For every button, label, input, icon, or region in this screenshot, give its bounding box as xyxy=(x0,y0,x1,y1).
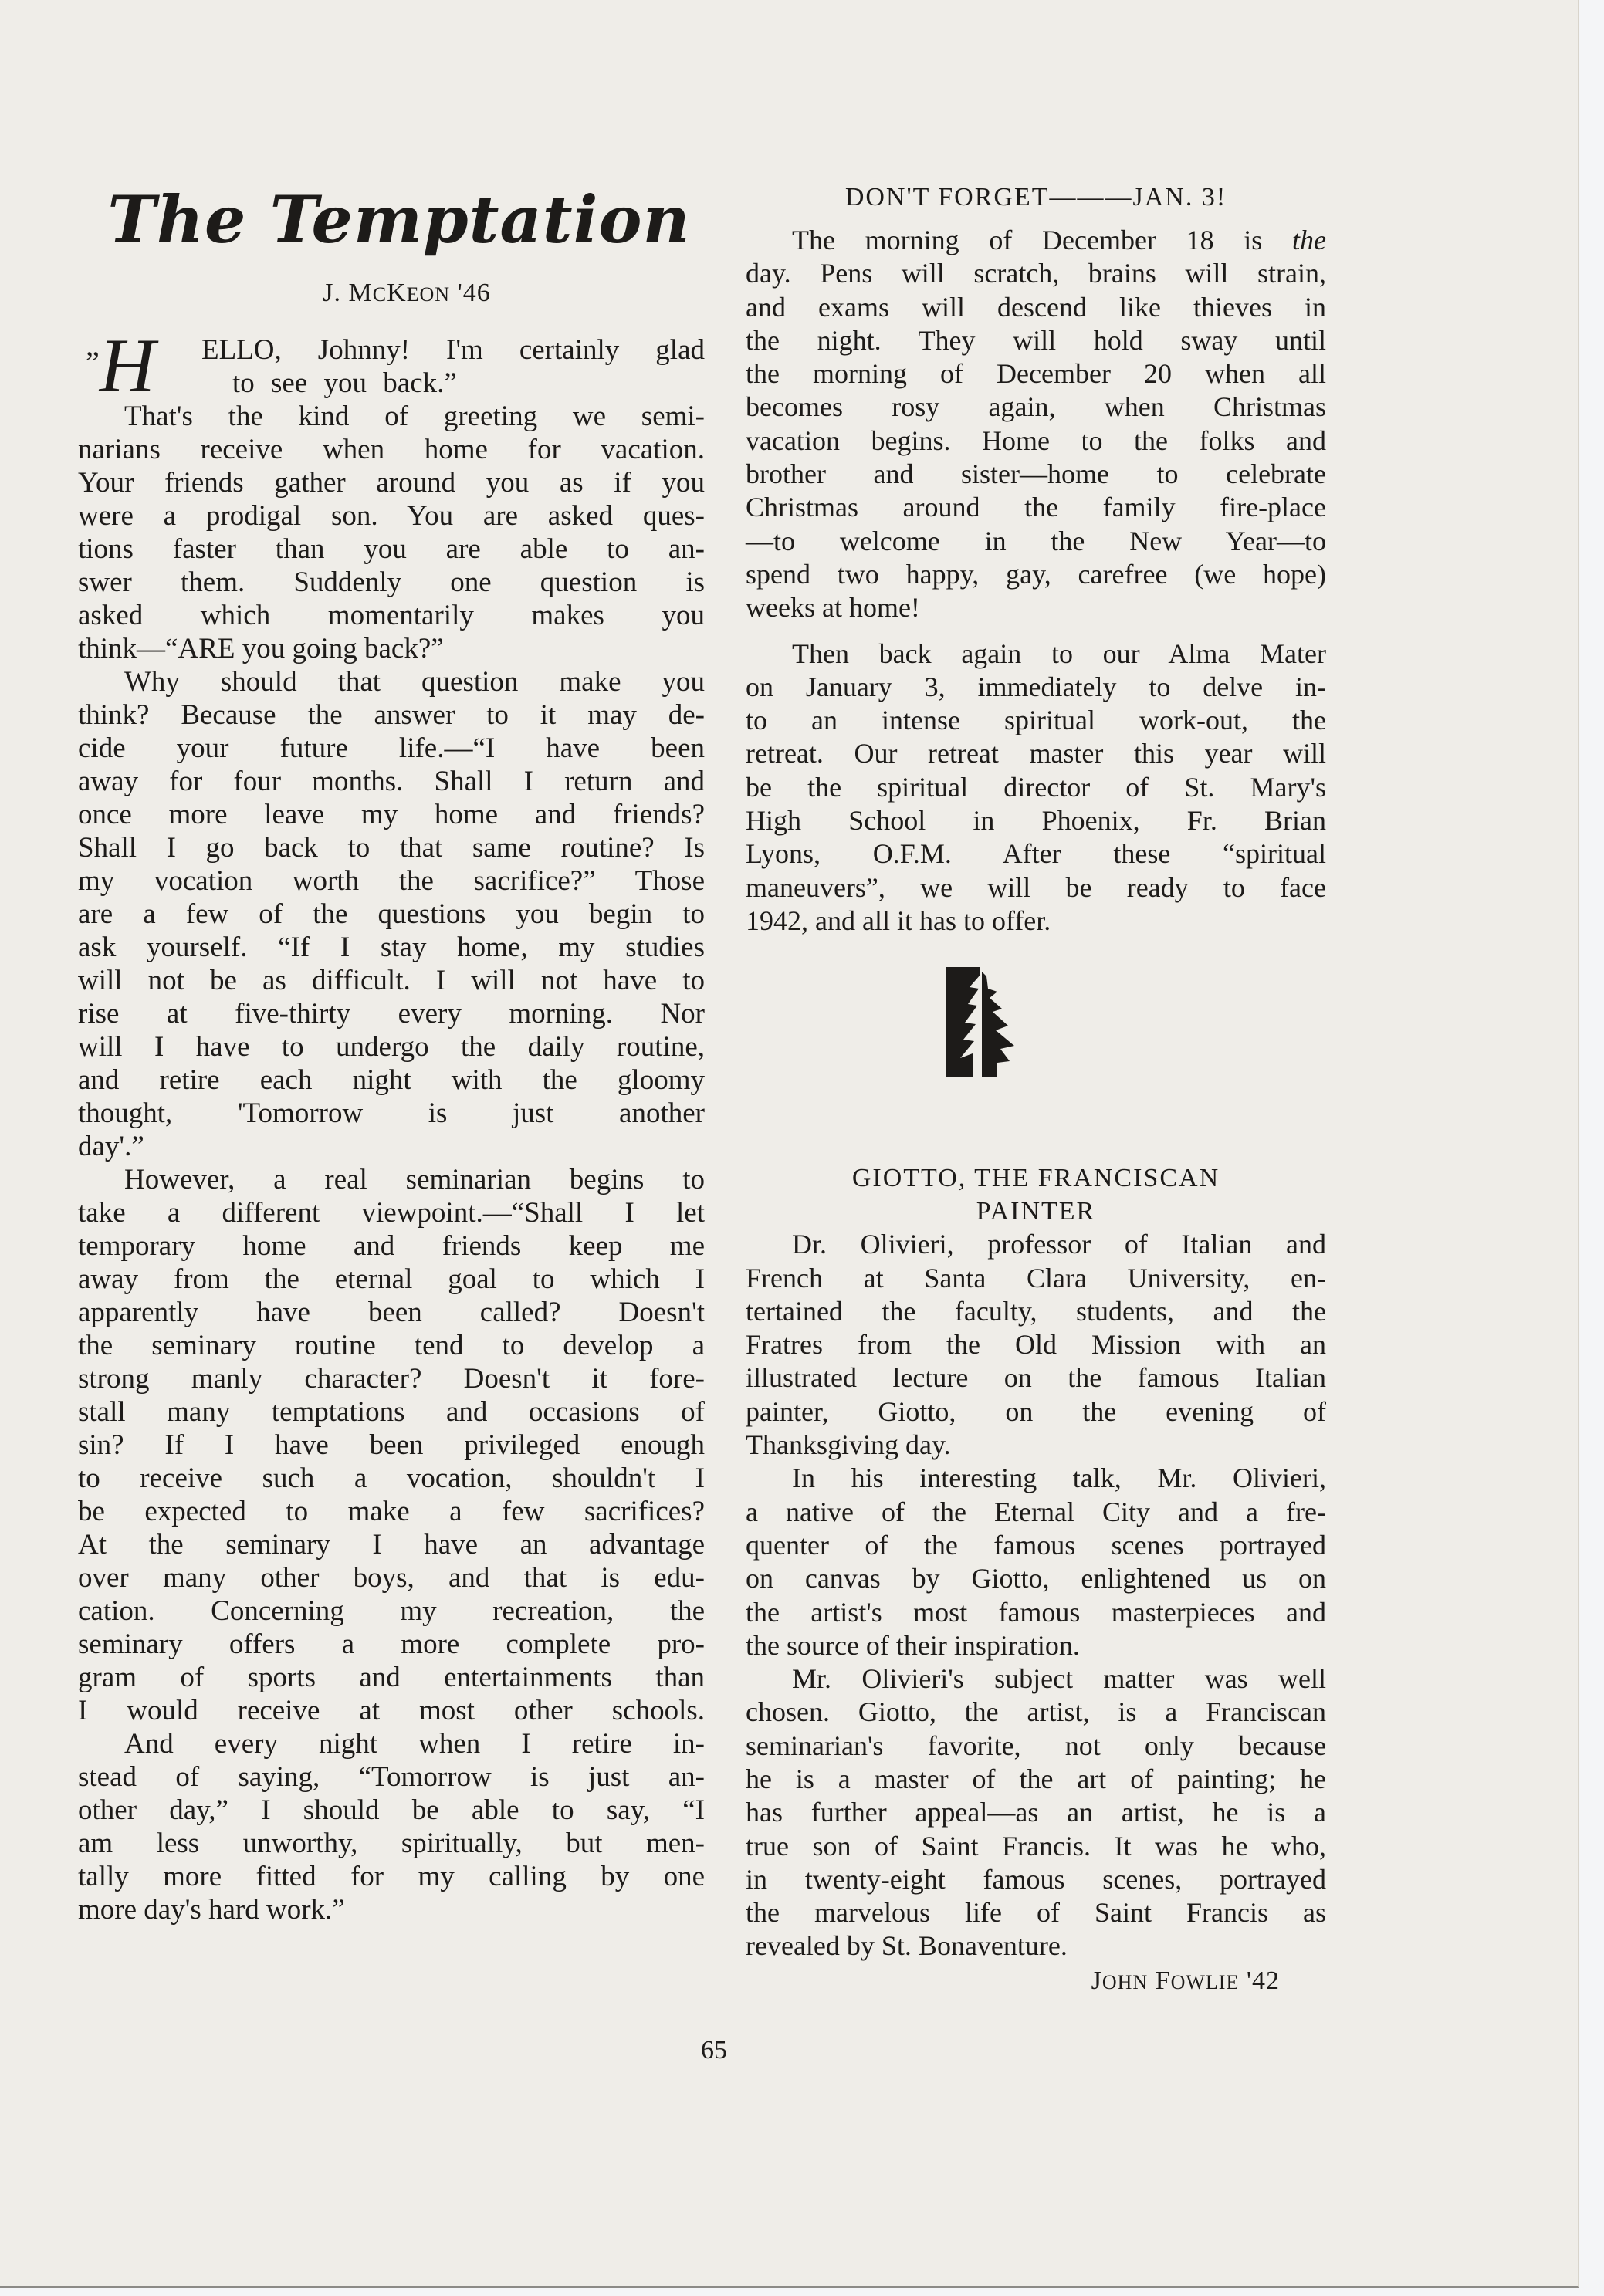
text-line: on canvas by Giotto, enlightened us on xyxy=(746,1562,1326,1595)
text-line: the seminary routine tend to develop a xyxy=(78,1329,705,1362)
text-line: painter, Giotto, on the evening of xyxy=(746,1395,1326,1429)
drop-cap-quote: ” xyxy=(86,345,100,380)
text-line: the source of their inspiration. xyxy=(746,1629,1326,1662)
text-line: Your friends gather around you as if you xyxy=(78,466,705,499)
text-line: quenter of the famous scenes portrayed xyxy=(746,1529,1326,1562)
pine-tree-icon xyxy=(940,965,1025,1081)
text-line: revealed by St. Bonaventure. xyxy=(746,1929,1326,1963)
text-line: to receive such a vocation, shouldn't I xyxy=(78,1462,705,1495)
text-line: cide your future life.—“I have been xyxy=(78,732,705,765)
text-line: apparently have been called? Doesn't xyxy=(78,1296,705,1329)
paragraph-gap xyxy=(746,625,1326,637)
text-line: be expected to make a few sacrifices? xyxy=(78,1495,705,1528)
text-line: to an intense spiritual work-out, the xyxy=(746,704,1326,737)
text-line: think? Because the answer to it may de- xyxy=(78,698,705,732)
text-line: true son of Saint Francis. It was he who… xyxy=(746,1830,1326,1863)
text-line: maneuvers”, we will be ready to face xyxy=(746,871,1326,905)
text-line: ELLO, Johnny! I'm certainly glad xyxy=(201,333,705,367)
text-line: The morning of December 18 is the xyxy=(746,224,1326,257)
text-line: High School in Phoenix, Fr. Brian xyxy=(746,804,1326,837)
text-line: day. Pens will scratch, brains will stra… xyxy=(746,257,1326,290)
text-line: and retire each night with the gloomy xyxy=(78,1063,705,1097)
text-line: stead of saying, “Tomorrow is just an- xyxy=(78,1760,705,1794)
text-line: my vocation worth the sacrifice?” Those xyxy=(78,864,705,898)
text-line: tertained the faculty, students, and the xyxy=(746,1295,1326,1328)
article-heading: DON'T FORGET———JAN. 3! xyxy=(746,179,1326,216)
text-line: he is a master of the art of painting; h… xyxy=(746,1763,1326,1796)
text-line: French at Santa Clara University, en- xyxy=(746,1262,1326,1295)
text-line: on January 3, immediately to delve in- xyxy=(746,671,1326,704)
text-line: be the spiritual director of St. Mary's xyxy=(746,771,1326,804)
byline-text: EON xyxy=(407,283,450,306)
text-line: will I have to undergo the daily routine… xyxy=(78,1030,705,1063)
byline-text: C xyxy=(373,283,387,306)
text-line: tally more fitted for my calling by one xyxy=(78,1860,705,1893)
signature-text: OHN xyxy=(1102,1971,1148,1993)
text-line: the morning of December 20 when all xyxy=(746,357,1326,391)
text-line: 1942, and all it has to offer. xyxy=(746,905,1326,938)
text-line: thought, 'Tomorrow is just another xyxy=(78,1097,705,1130)
article-the-temptation: The Temptation J. MCKEON '46 ”H ELLO, Jo… xyxy=(78,178,705,1926)
article-dont-forget: DON'T FORGET———JAN. 3! The morning of De… xyxy=(746,179,1326,938)
signature-text: '42 xyxy=(1239,1966,1280,1995)
pine-tree-ornament xyxy=(746,938,1326,1162)
author-signature: JOHN FOWLIE '42 xyxy=(746,1963,1326,1999)
text-line: Shall I go back to that same routine? Is xyxy=(78,831,705,864)
italic-emphasis: the xyxy=(1292,225,1326,255)
text-line: am less unworthy, spiritually, but men- xyxy=(78,1827,705,1860)
text-line: At the seminary I have an advantage xyxy=(78,1528,705,1561)
text-line: in twenty-eight famous scenes, portrayed xyxy=(746,1863,1326,1896)
text-line: gram of sports and entertainments than xyxy=(78,1661,705,1694)
text-line: other day,” I should be able to say, “I xyxy=(78,1794,705,1827)
text-line: becomes rosy again, when Christmas xyxy=(746,391,1326,424)
opening-paragraph: ”H ELLO, Johnny! I'm certainly glad to s… xyxy=(78,333,705,400)
text-line: the marvelous life of Saint Francis as xyxy=(746,1896,1326,1929)
text-line: seminary offers a more complete pro- xyxy=(78,1628,705,1661)
article-title: The Temptation xyxy=(78,178,705,270)
text-line: once more leave my home and friends? xyxy=(78,798,705,831)
text-line: tions faster than you are able to an- xyxy=(78,533,705,566)
text-line: narians receive when home for vacation. xyxy=(78,433,705,466)
text-line: has further appeal—as an artist, he is a xyxy=(746,1796,1326,1829)
text-line: temporary home and friends keep me xyxy=(78,1229,705,1263)
text-line: seminarian's favorite, not only because xyxy=(746,1730,1326,1763)
text-line: think—“ARE you going back?” xyxy=(78,632,705,665)
text-line: cation. Concerning my recreation, the xyxy=(78,1594,705,1628)
text-line: swer them. Suddenly one question is xyxy=(78,566,705,599)
magazine-page: The Temptation J. MCKEON '46 ”H ELLO, Jo… xyxy=(0,0,1579,2288)
article-heading-line1: GIOTTO, THE FRANCISCAN xyxy=(746,1162,1326,1195)
text-line: will not be as difficult. I will not hav… xyxy=(78,964,705,997)
text-line: illustrated lecture on the famous Italia… xyxy=(746,1361,1326,1395)
text-line: chosen. Giotto, the artist, is a Francis… xyxy=(746,1696,1326,1729)
text-line: stall many temptations and occasions of xyxy=(78,1395,705,1429)
text-line: That's the kind of greeting we semi- xyxy=(78,400,705,433)
text-line: take a different viewpoint.—“Shall I let xyxy=(78,1196,705,1229)
text-line: Christmas around the family fire-place xyxy=(746,491,1326,524)
text-line: and exams will descend like thieves in xyxy=(746,291,1326,324)
signature-text: J xyxy=(1091,1966,1102,1995)
text-line: Fratres from the Old Mission with an xyxy=(746,1328,1326,1361)
text-line: I would receive at most other schools. xyxy=(78,1694,705,1727)
text-line: were a prodigal son. You are asked ques- xyxy=(78,499,705,533)
text-line: rise at five-thirty every morning. Nor xyxy=(78,997,705,1030)
text-line: Lyons, O.F.M. After these “spiritual xyxy=(746,837,1326,871)
text-line: —to welcome in the New Year—to xyxy=(746,525,1326,558)
text-line: retreat. Our retreat master this year wi… xyxy=(746,737,1326,770)
drop-cap-letter: H xyxy=(100,323,155,408)
right-column: DON'T FORGET———JAN. 3! The morning of De… xyxy=(746,179,1326,1999)
signature-text: OWLIE xyxy=(1171,1971,1240,1993)
text-line: a native of the Eternal City and a fre- xyxy=(746,1496,1326,1529)
text-line: are a few of the questions you begin to xyxy=(78,898,705,931)
text-line: Thanksgiving day. xyxy=(746,1429,1326,1462)
text-line: ask yourself. “If I stay home, my studie… xyxy=(78,931,705,964)
text-line: away from the eternal goal to which I xyxy=(78,1263,705,1296)
byline-text: K xyxy=(387,279,407,307)
text-line: Dr. Olivieri, professor of Italian and xyxy=(746,1228,1326,1261)
text-line: Then back again to our Alma Mater xyxy=(746,637,1326,671)
byline-text: '46 xyxy=(450,279,491,307)
text-line: strong manly character? Doesn't it fore- xyxy=(78,1362,705,1395)
text-line: asked which momentarily makes you xyxy=(78,599,705,632)
page-number: 65 xyxy=(701,2036,727,2065)
text-line: over many other boys, and that is edu- xyxy=(78,1561,705,1594)
text-line: more day's hard work.” xyxy=(78,1893,705,1926)
text-line: In his interesting talk, Mr. Olivieri, xyxy=(746,1462,1326,1495)
signature-text: F xyxy=(1148,1966,1170,1995)
article-giotto: GIOTTO, THE FRANCISCAN PAINTER Dr. Olivi… xyxy=(746,1162,1326,1999)
text-line: Why should that question make you xyxy=(78,665,705,698)
article-byline: J. MCKEON '46 xyxy=(78,270,705,316)
text-line: the artist's most famous masterpieces an… xyxy=(746,1596,1326,1629)
text-line: vacation begins. Home to the folks and xyxy=(746,424,1326,458)
drop-cap: ”H xyxy=(86,327,155,404)
article-heading-line2: PAINTER xyxy=(746,1195,1326,1228)
text-line: weeks at home! xyxy=(746,591,1326,624)
text-line: brother and sister—home to celebrate xyxy=(746,458,1326,491)
byline-text: J. M xyxy=(323,279,372,307)
text-line: sin? If I have been privileged enough xyxy=(78,1429,705,1462)
text-span: The morning of December 18 is xyxy=(792,225,1292,255)
text-line: And every night when I retire in- xyxy=(78,1727,705,1760)
text-line: day'.” xyxy=(78,1130,705,1163)
text-line: Mr. Olivieri's subject matter was well xyxy=(746,1662,1326,1696)
text-line: spend two happy, gay, carefree (we hope) xyxy=(746,558,1326,591)
text-line: However, a real seminarian begins to xyxy=(78,1163,705,1196)
text-line: to see you back.” xyxy=(232,367,705,400)
text-line: the night. They will hold sway until xyxy=(746,324,1326,357)
text-line: away for four months. Shall I return and xyxy=(78,765,705,798)
